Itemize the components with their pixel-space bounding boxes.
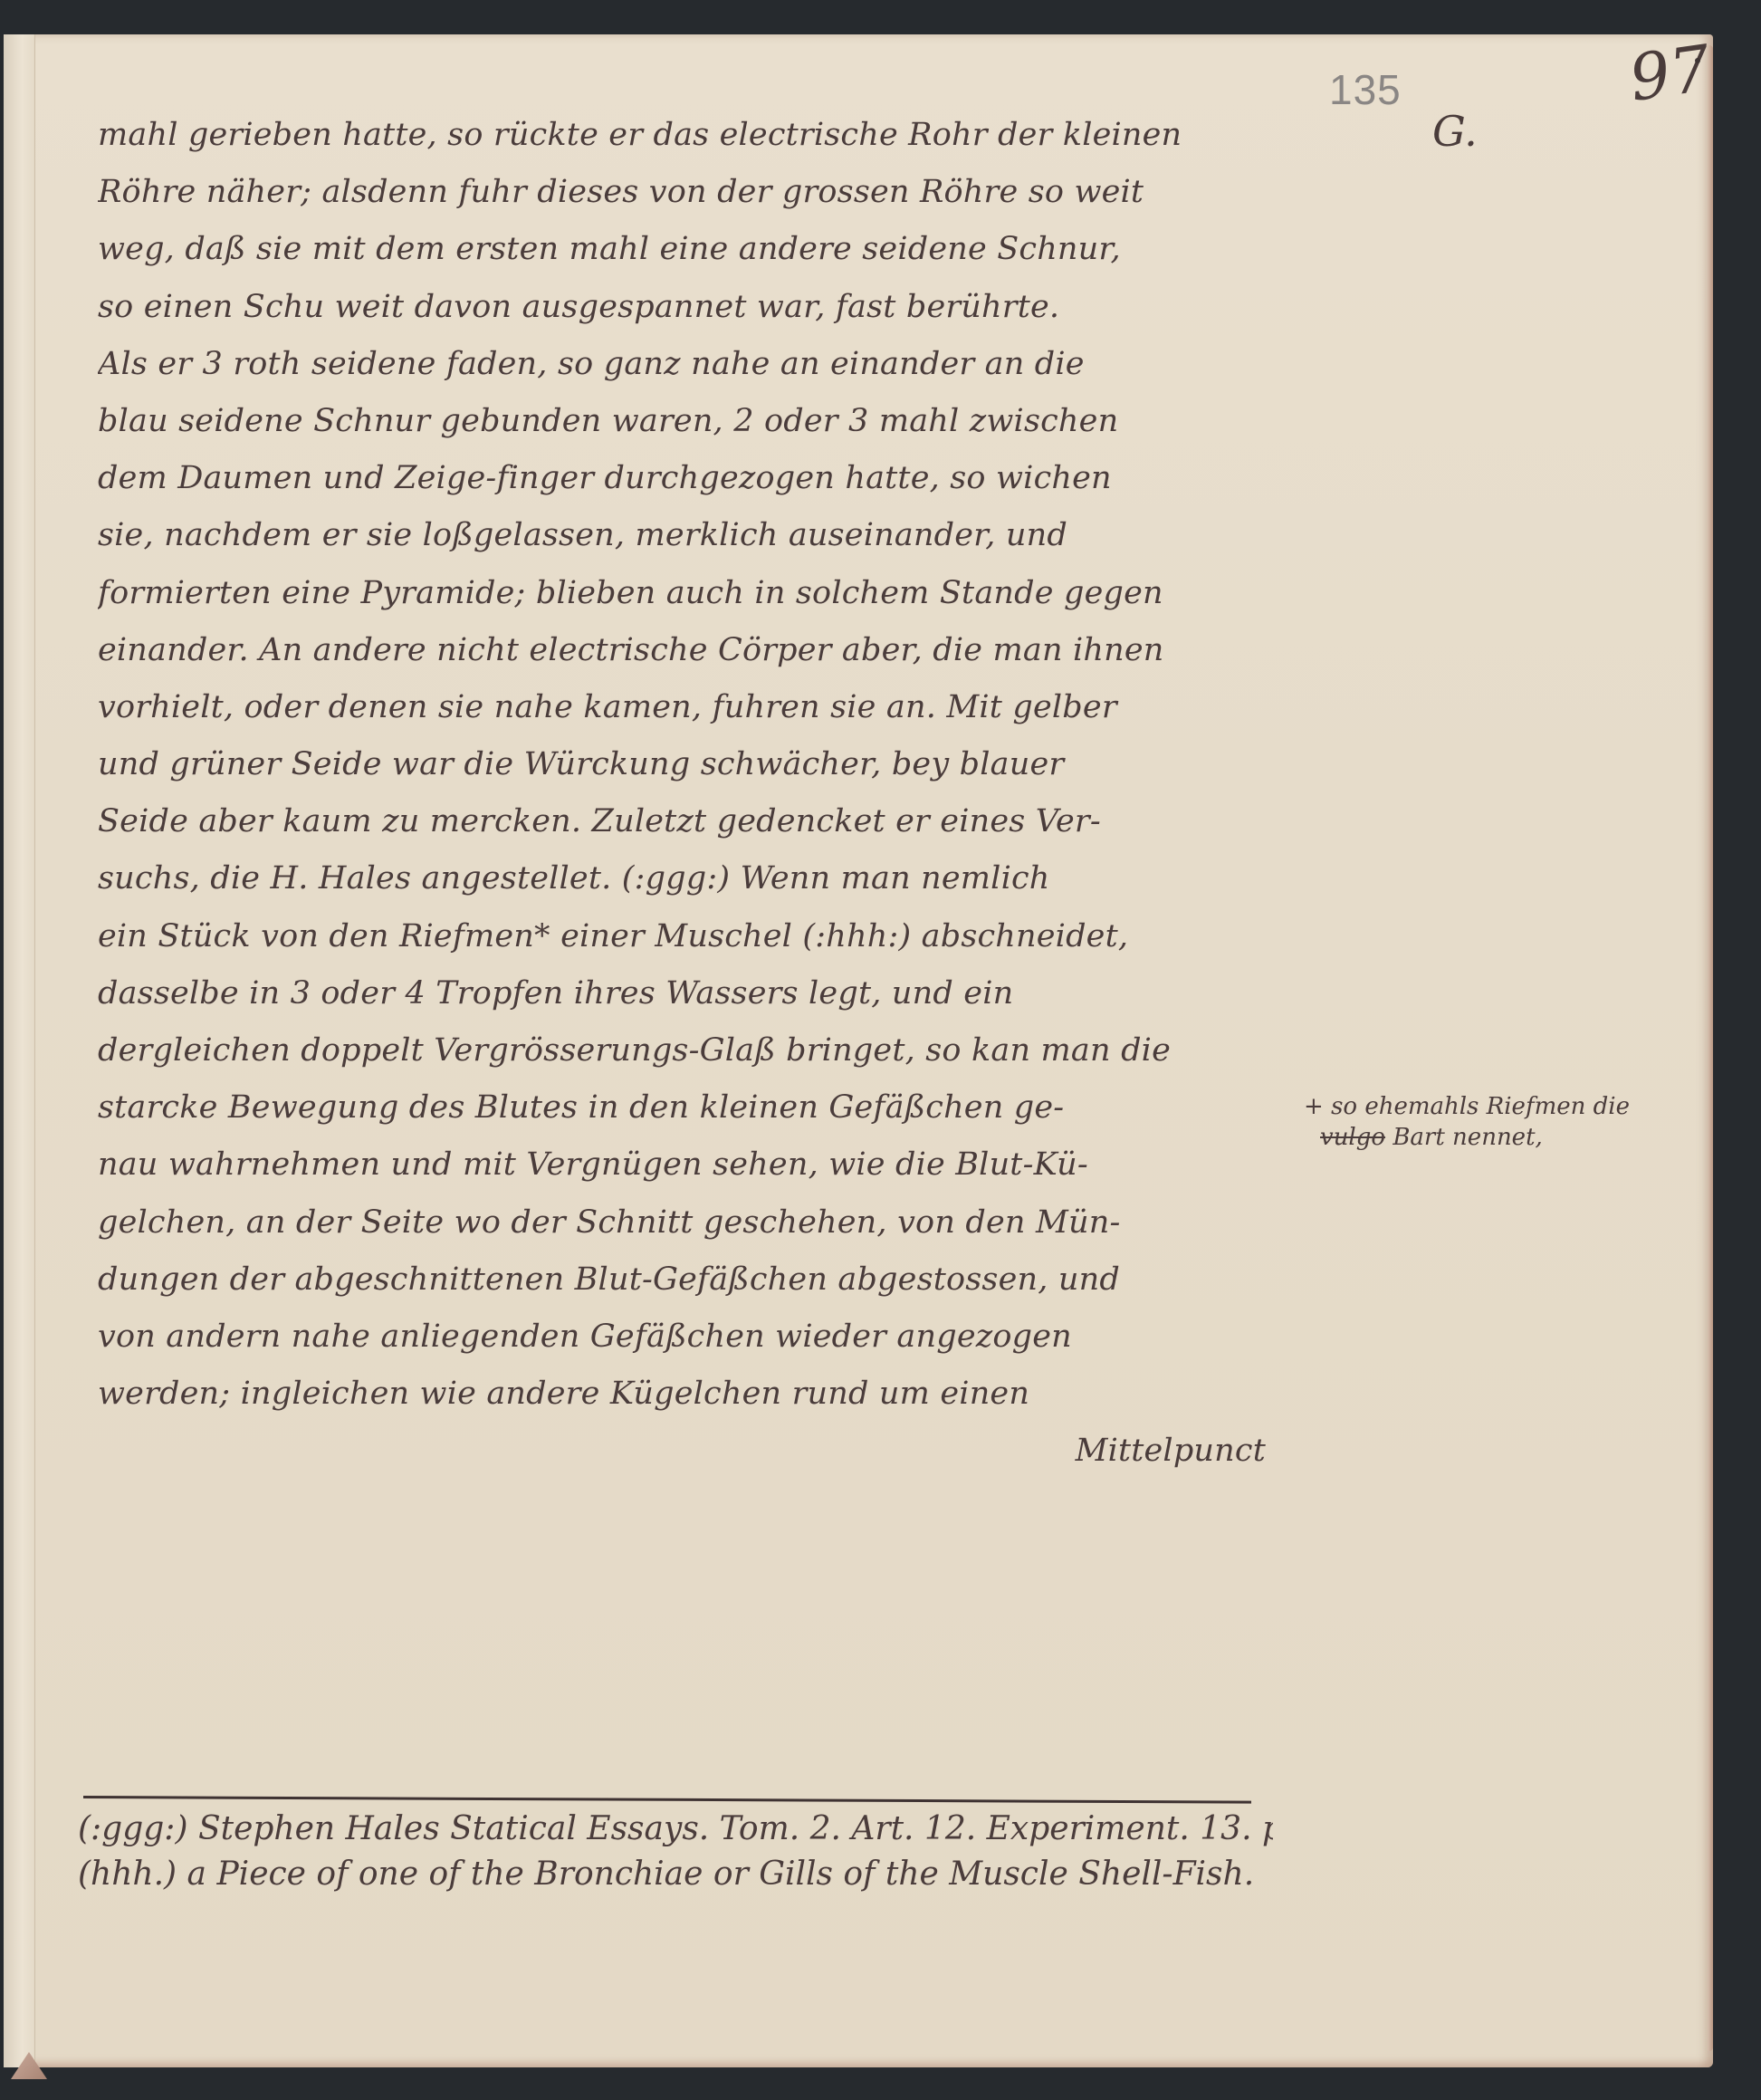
margin-note-text: Bart nennet, bbox=[1393, 1124, 1542, 1151]
footnote-text: Stephen Hales Statical Essays. Tom. 2. A… bbox=[198, 1810, 1273, 1847]
main-text-block: mahl gerieben hatte, so rückte er das el… bbox=[98, 107, 1275, 1481]
text-line: Als er 3 roth seidene faden, so ganz nah… bbox=[98, 336, 1275, 393]
text-line: dasselbe in 3 oder 4 Tropfen ihres Wasse… bbox=[98, 965, 1275, 1022]
text-line: dungen der abgeschnittenen Blut-Gefäßche… bbox=[98, 1251, 1275, 1309]
insertion-mark: + bbox=[1304, 1093, 1324, 1120]
text-line: einander. An andere nicht electrische Cö… bbox=[98, 622, 1275, 679]
catchword-line: Mittelpunct bbox=[98, 1423, 1275, 1480]
text-line: Röhre näher; alsdenn fuhr dieses von der… bbox=[98, 164, 1275, 221]
text-line: werden; ingleichen wie andere Kügelchen … bbox=[98, 1366, 1275, 1423]
page-edge bbox=[1708, 45, 1713, 2051]
ink-folio-number: 97 bbox=[1625, 31, 1716, 116]
text-line: mahl gerieben hatte, so rückte er das el… bbox=[98, 107, 1275, 164]
margin-note-text: so ehemahls Riefmen die bbox=[1331, 1093, 1630, 1120]
footnotes-block: (:ggg:) Stephen Hales Statical Essays. T… bbox=[78, 1807, 1273, 1897]
footnote-label: (:ggg:) bbox=[78, 1810, 187, 1847]
text-line: weg, daß sie mit dem ersten mahl eine an… bbox=[98, 221, 1275, 278]
text-line: dem Daumen und Zeige-finger durchgezogen… bbox=[98, 450, 1275, 507]
text-line: nau wahrnehmen und mit Vergnügen sehen, … bbox=[98, 1136, 1275, 1194]
pencil-folio-number: 135 bbox=[1329, 65, 1402, 114]
footnote-text: a Piece of one of the Bronchiae or Gills… bbox=[187, 1855, 1255, 1893]
text-line: blau seidene Schnur gebunden waren, 2 od… bbox=[98, 393, 1275, 450]
text-line: so einen Schu weit davon ausgespannet wa… bbox=[98, 279, 1275, 336]
margin-note-line-2: vulgo Bart nennet, bbox=[1304, 1122, 1720, 1153]
footnote-ggg: (:ggg:) Stephen Hales Statical Essays. T… bbox=[78, 1807, 1273, 1852]
text-line: sie, nachdem er sie loßgelassen, merklic… bbox=[98, 507, 1275, 564]
text-line: vorhielt, oder denen sie nahe kamen, fuh… bbox=[98, 679, 1275, 736]
text-line: Seide aber kaum zu mercken. Zuletzt gede… bbox=[98, 793, 1275, 850]
footnote-hhh: (hhh.) a Piece of one of the Bronchiae o… bbox=[78, 1852, 1273, 1897]
text-line: suchs, die H. Hales angestellet. (:ggg:)… bbox=[98, 850, 1275, 907]
text-line: formierten eine Pyramide; blieben auch i… bbox=[98, 565, 1275, 622]
text-line: dergleichen doppelt Vergrösserungs-Glaß … bbox=[98, 1022, 1275, 1079]
text-line: starcke Bewegung des Blutes in den klein… bbox=[98, 1079, 1275, 1136]
text-line: von andern nahe anliegenden Gefäßchen wi… bbox=[98, 1309, 1275, 1366]
folio-dot bbox=[1695, 58, 1700, 63]
struck-word: vulgo bbox=[1320, 1124, 1385, 1151]
text-line: gelchen, an der Seite wo der Schnitt ges… bbox=[98, 1194, 1275, 1251]
text-line: ein Stück von den Riefmen* einer Muschel… bbox=[98, 908, 1275, 965]
margin-note-line-1: + so ehemahls Riefmen die bbox=[1304, 1091, 1720, 1122]
manuscript-scan: 135 97 G. mahl gerieben hatte, so rückte… bbox=[0, 0, 1761, 2100]
binding-gutter bbox=[4, 34, 35, 2067]
footnote-label: (hhh.) bbox=[78, 1855, 177, 1893]
margin-annotation: + so ehemahls Riefmen die vulgo Bart nen… bbox=[1304, 1091, 1720, 1153]
text-line: und grüner Seide war die Würckung schwäc… bbox=[98, 736, 1275, 793]
gathering-mark: G. bbox=[1432, 107, 1478, 156]
